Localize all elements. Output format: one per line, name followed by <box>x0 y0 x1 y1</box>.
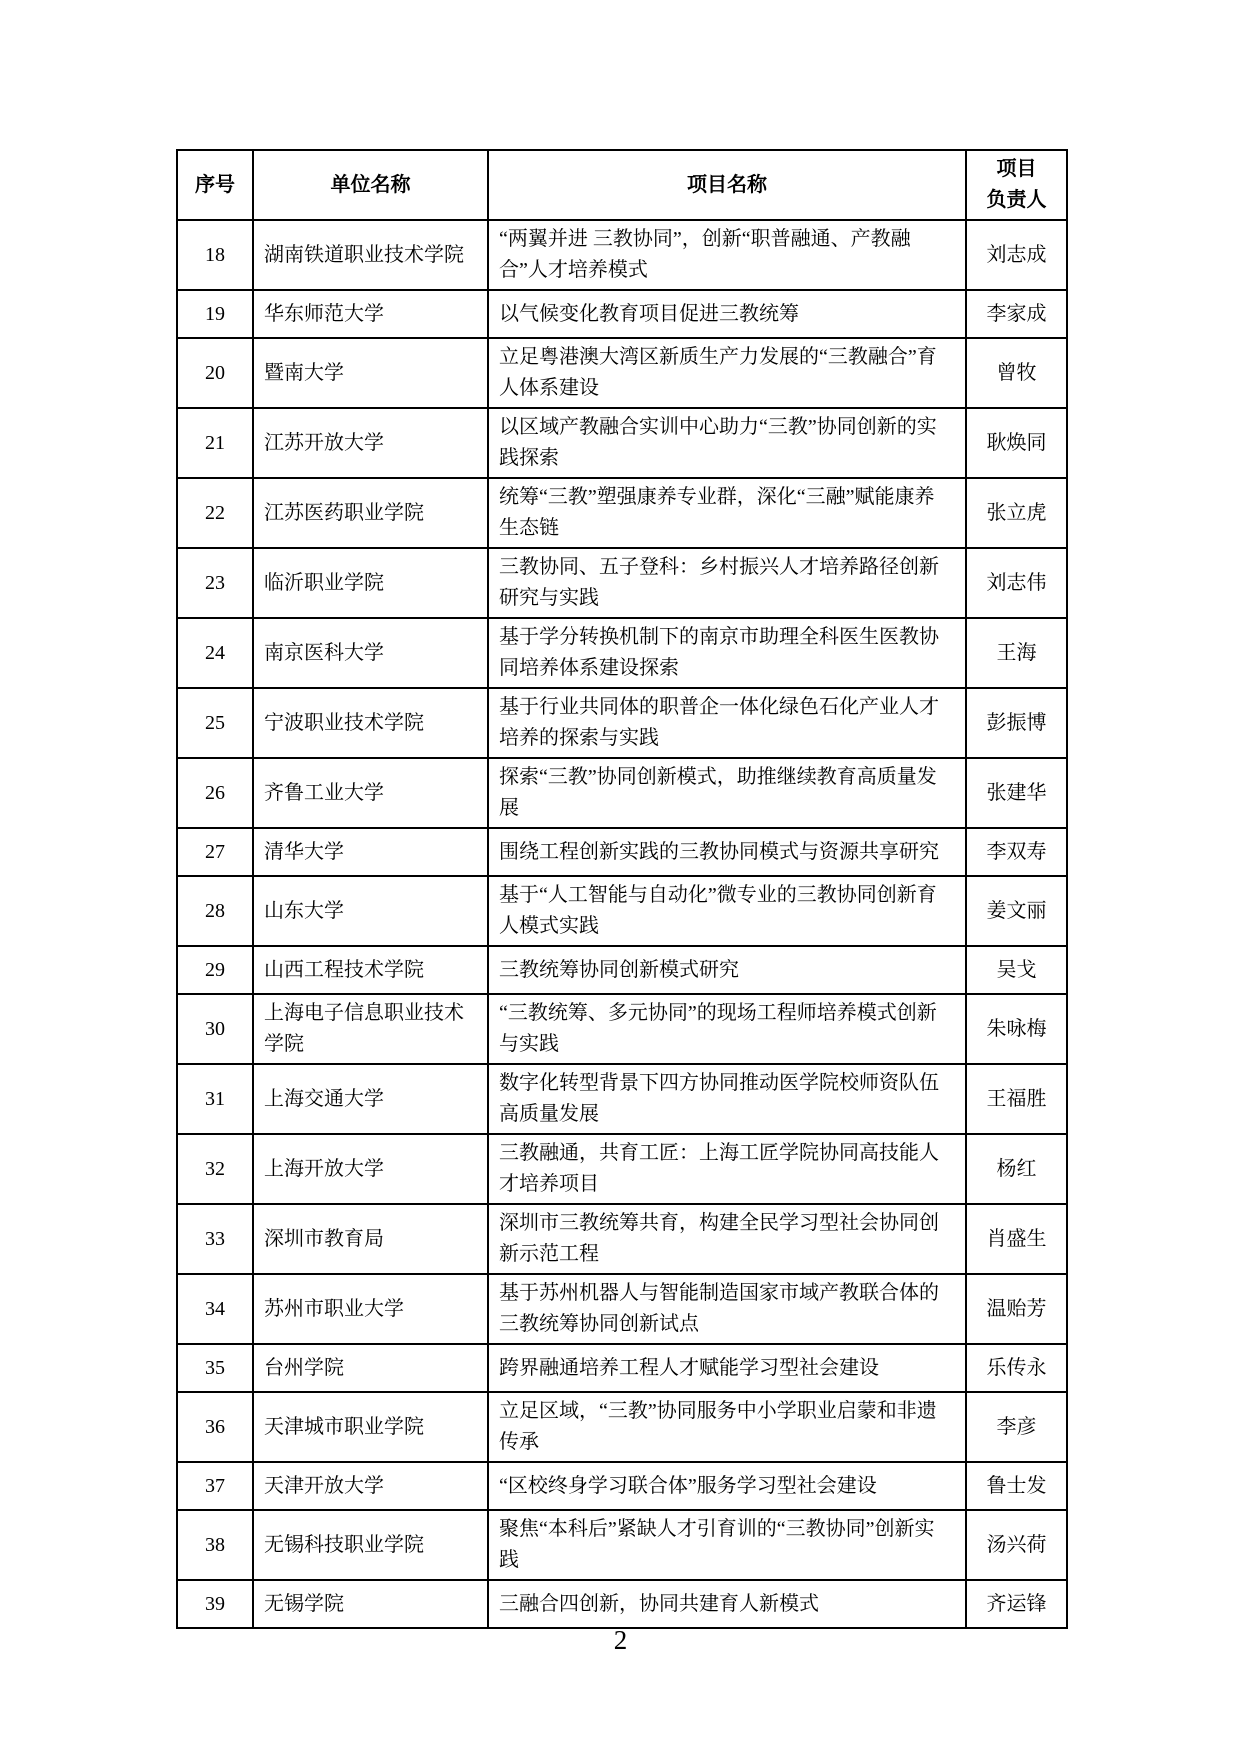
table-row: 37 天津开放大学 “区校终身学习联合体”服务学习型社会建设 鲁士发 <box>177 1462 1067 1510</box>
table-header: 序号 单位名称 项目名称 项目 负责人 <box>177 150 1067 220</box>
header-cell-unit: 单位名称 <box>253 150 488 220</box>
document-page: 序号 单位名称 项目名称 项目 负责人 18 湖南铁道职业技术学院 “两翼并进 … <box>0 0 1241 1754</box>
row-number-cell: 25 <box>177 688 253 758</box>
unit-name-cell: 山东大学 <box>253 876 488 946</box>
page-number: 2 <box>0 1625 1241 1656</box>
projects-table-container: 序号 单位名称 项目名称 项目 负责人 18 湖南铁道职业技术学院 “两翼并进 … <box>176 149 1066 1629</box>
project-leader-cell: 曾牧 <box>966 338 1067 408</box>
unit-name-cell: 南京医科大学 <box>253 618 488 688</box>
row-number-cell: 19 <box>177 290 253 338</box>
header-cell-number: 序号 <box>177 150 253 220</box>
unit-name-cell: 江苏医药职业学院 <box>253 478 488 548</box>
project-leader-cell: 李彦 <box>966 1392 1067 1462</box>
table-row: 30 上海电子信息职业技术学院 “三教统筹、多元协同”的现场工程师培养模式创新与… <box>177 994 1067 1064</box>
table-row: 33 深圳市教育局 深圳市三教统筹共育，构建全民学习型社会协同创新示范工程 肖盛… <box>177 1204 1067 1274</box>
row-number-cell: 38 <box>177 1510 253 1580</box>
project-name-cell: “区校终身学习联合体”服务学习型社会建设 <box>488 1462 966 1510</box>
table-row: 26 齐鲁工业大学 探索“三教”协同创新模式，助推继续教育高质量发展 张建华 <box>177 758 1067 828</box>
projects-table: 序号 单位名称 项目名称 项目 负责人 18 湖南铁道职业技术学院 “两翼并进 … <box>176 149 1068 1629</box>
header-row: 序号 单位名称 项目名称 项目 负责人 <box>177 150 1067 220</box>
table-row: 39 无锡学院 三融合四创新，协同共建育人新模式 齐运锋 <box>177 1580 1067 1628</box>
row-number-cell: 22 <box>177 478 253 548</box>
project-leader-cell: 齐运锋 <box>966 1580 1067 1628</box>
project-name-cell: 立足区域，“三教”协同服务中小学职业启蒙和非遗传承 <box>488 1392 966 1462</box>
row-number-cell: 35 <box>177 1344 253 1392</box>
unit-name-cell: 山西工程技术学院 <box>253 946 488 994</box>
row-number-cell: 37 <box>177 1462 253 1510</box>
project-name-cell: 三教协同、五子登科：乡村振兴人才培养路径创新研究与实践 <box>488 548 966 618</box>
table-row: 20 暨南大学 立足粤港澳大湾区新质生产力发展的“三教融合”育人体系建设 曾牧 <box>177 338 1067 408</box>
table-row: 36 天津城市职业学院 立足区域，“三教”协同服务中小学职业启蒙和非遗传承 李彦 <box>177 1392 1067 1462</box>
table-row: 24 南京医科大学 基于学分转换机制下的南京市助理全科医生医教协同培养体系建设探… <box>177 618 1067 688</box>
project-name-cell: 围绕工程创新实践的三教协同模式与资源共享研究 <box>488 828 966 876</box>
row-number-cell: 39 <box>177 1580 253 1628</box>
unit-name-cell: 上海电子信息职业技术学院 <box>253 994 488 1064</box>
unit-name-cell: 齐鲁工业大学 <box>253 758 488 828</box>
row-number-cell: 18 <box>177 220 253 290</box>
header-cell-project: 项目名称 <box>488 150 966 220</box>
project-name-cell: 以气候变化教育项目促进三教统筹 <box>488 290 966 338</box>
table-row: 31 上海交通大学 数字化转型背景下四方协同推动医学院校师资队伍高质量发展 王福… <box>177 1064 1067 1134</box>
row-number-cell: 31 <box>177 1064 253 1134</box>
header-cell-leader: 项目 负责人 <box>966 150 1067 220</box>
unit-name-cell: 上海交通大学 <box>253 1064 488 1134</box>
unit-name-cell: 临沂职业学院 <box>253 548 488 618</box>
project-name-cell: 基于行业共同体的职普企一体化绿色石化产业人才培养的探索与实践 <box>488 688 966 758</box>
project-name-cell: 三融合四创新，协同共建育人新模式 <box>488 1580 966 1628</box>
table-row: 38 无锡科技职业学院 聚焦“本科后”紧缺人才引育训的“三教协同”创新实践 汤兴… <box>177 1510 1067 1580</box>
project-name-cell: 深圳市三教统筹共育，构建全民学习型社会协同创新示范工程 <box>488 1204 966 1274</box>
project-leader-cell: 张立虎 <box>966 478 1067 548</box>
project-name-cell: “三教统筹、多元协同”的现场工程师培养模式创新与实践 <box>488 994 966 1064</box>
table-body: 18 湖南铁道职业技术学院 “两翼并进 三教协同”，创新“职普融通、产教融合”人… <box>177 220 1067 1628</box>
project-leader-cell: 王福胜 <box>966 1064 1067 1134</box>
row-number-cell: 27 <box>177 828 253 876</box>
row-number-cell: 34 <box>177 1274 253 1344</box>
project-leader-cell: 李双寿 <box>966 828 1067 876</box>
project-name-cell: 三教统筹协同创新模式研究 <box>488 946 966 994</box>
unit-name-cell: 江苏开放大学 <box>253 408 488 478</box>
project-leader-cell: 温贻芳 <box>966 1274 1067 1344</box>
unit-name-cell: 宁波职业技术学院 <box>253 688 488 758</box>
unit-name-cell: 上海开放大学 <box>253 1134 488 1204</box>
unit-name-cell: 清华大学 <box>253 828 488 876</box>
row-number-cell: 24 <box>177 618 253 688</box>
project-leader-cell: 刘志成 <box>966 220 1067 290</box>
project-leader-cell: 张建华 <box>966 758 1067 828</box>
table-row: 32 上海开放大学 三教融通，共育工匠：上海工匠学院协同高技能人才培养项目 杨红 <box>177 1134 1067 1204</box>
row-number-cell: 21 <box>177 408 253 478</box>
project-name-cell: 基于“人工智能与自动化”微专业的三教协同创新育人模式实践 <box>488 876 966 946</box>
unit-name-cell: 台州学院 <box>253 1344 488 1392</box>
project-name-cell: 探索“三教”协同创新模式，助推继续教育高质量发展 <box>488 758 966 828</box>
project-leader-cell: 彭振博 <box>966 688 1067 758</box>
project-leader-cell: 李家成 <box>966 290 1067 338</box>
table-row: 21 江苏开放大学 以区域产教融合实训中心助力“三教”协同创新的实践探索 耿焕同 <box>177 408 1067 478</box>
project-leader-cell: 鲁士发 <box>966 1462 1067 1510</box>
table-row: 18 湖南铁道职业技术学院 “两翼并进 三教协同”，创新“职普融通、产教融合”人… <box>177 220 1067 290</box>
project-leader-cell: 刘志伟 <box>966 548 1067 618</box>
unit-name-cell: 苏州市职业大学 <box>253 1274 488 1344</box>
project-name-cell: 统筹“三教”塑强康养专业群，深化“三融”赋能康养生态链 <box>488 478 966 548</box>
unit-name-cell: 湖南铁道职业技术学院 <box>253 220 488 290</box>
project-leader-cell: 朱咏梅 <box>966 994 1067 1064</box>
project-name-cell: 聚焦“本科后”紧缺人才引育训的“三教协同”创新实践 <box>488 1510 966 1580</box>
project-name-cell: 数字化转型背景下四方协同推动医学院校师资队伍高质量发展 <box>488 1064 966 1134</box>
project-leader-cell: 肖盛生 <box>966 1204 1067 1274</box>
project-leader-cell: 杨红 <box>966 1134 1067 1204</box>
row-number-cell: 26 <box>177 758 253 828</box>
row-number-cell: 23 <box>177 548 253 618</box>
project-name-cell: 立足粤港澳大湾区新质生产力发展的“三教融合”育人体系建设 <box>488 338 966 408</box>
table-row: 23 临沂职业学院 三教协同、五子登科：乡村振兴人才培养路径创新研究与实践 刘志… <box>177 548 1067 618</box>
project-name-cell: 以区域产教融合实训中心助力“三教”协同创新的实践探索 <box>488 408 966 478</box>
table-row: 34 苏州市职业大学 基于苏州机器人与智能制造国家市域产教联合体的三教统筹协同创… <box>177 1274 1067 1344</box>
row-number-cell: 29 <box>177 946 253 994</box>
row-number-cell: 30 <box>177 994 253 1064</box>
project-name-cell: 基于苏州机器人与智能制造国家市域产教联合体的三教统筹协同创新试点 <box>488 1274 966 1344</box>
row-number-cell: 33 <box>177 1204 253 1274</box>
header-leader-line2: 负责人 <box>971 185 1062 216</box>
table-row: 25 宁波职业技术学院 基于行业共同体的职普企一体化绿色石化产业人才培养的探索与… <box>177 688 1067 758</box>
unit-name-cell: 天津城市职业学院 <box>253 1392 488 1462</box>
project-leader-cell: 王海 <box>966 618 1067 688</box>
header-leader-line1: 项目 <box>971 154 1062 185</box>
row-number-cell: 28 <box>177 876 253 946</box>
project-leader-cell: 吴戈 <box>966 946 1067 994</box>
project-name-cell: 三教融通，共育工匠：上海工匠学院协同高技能人才培养项目 <box>488 1134 966 1204</box>
unit-name-cell: 暨南大学 <box>253 338 488 408</box>
unit-name-cell: 无锡学院 <box>253 1580 488 1628</box>
table-row: 19 华东师范大学 以气候变化教育项目促进三教统筹 李家成 <box>177 290 1067 338</box>
row-number-cell: 32 <box>177 1134 253 1204</box>
table-row: 27 清华大学 围绕工程创新实践的三教协同模式与资源共享研究 李双寿 <box>177 828 1067 876</box>
project-leader-cell: 乐传永 <box>966 1344 1067 1392</box>
table-row: 28 山东大学 基于“人工智能与自动化”微专业的三教协同创新育人模式实践 姜文丽 <box>177 876 1067 946</box>
table-row: 22 江苏医药职业学院 统筹“三教”塑强康养专业群，深化“三融”赋能康养生态链 … <box>177 478 1067 548</box>
project-leader-cell: 耿焕同 <box>966 408 1067 478</box>
table-row: 29 山西工程技术学院 三教统筹协同创新模式研究 吴戈 <box>177 946 1067 994</box>
project-leader-cell: 姜文丽 <box>966 876 1067 946</box>
unit-name-cell: 天津开放大学 <box>253 1462 488 1510</box>
unit-name-cell: 无锡科技职业学院 <box>253 1510 488 1580</box>
project-name-cell: “两翼并进 三教协同”，创新“职普融通、产教融合”人才培养模式 <box>488 220 966 290</box>
unit-name-cell: 深圳市教育局 <box>253 1204 488 1274</box>
unit-name-cell: 华东师范大学 <box>253 290 488 338</box>
row-number-cell: 20 <box>177 338 253 408</box>
project-name-cell: 跨界融通培养工程人才赋能学习型社会建设 <box>488 1344 966 1392</box>
row-number-cell: 36 <box>177 1392 253 1462</box>
table-row: 35 台州学院 跨界融通培养工程人才赋能学习型社会建设 乐传永 <box>177 1344 1067 1392</box>
project-leader-cell: 汤兴荷 <box>966 1510 1067 1580</box>
project-name-cell: 基于学分转换机制下的南京市助理全科医生医教协同培养体系建设探索 <box>488 618 966 688</box>
